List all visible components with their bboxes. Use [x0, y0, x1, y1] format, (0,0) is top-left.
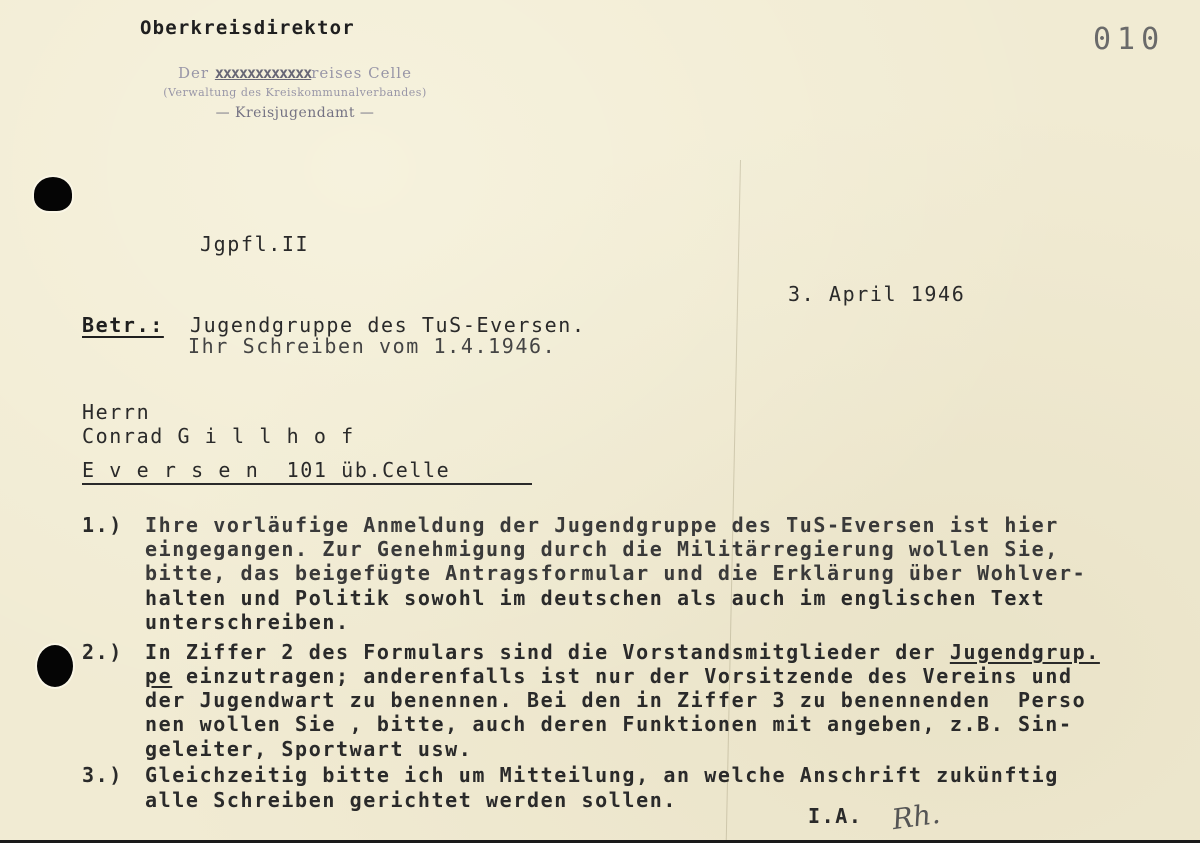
- item-line: pe einzutragen; anderenfalls ist nur der…: [145, 664, 1073, 688]
- underlined-word: pe: [145, 664, 172, 688]
- item-number: 2.): [82, 640, 123, 664]
- paper-fold: [726, 160, 741, 843]
- stamp-prefix: Der: [178, 64, 215, 82]
- item-text: einzutragen; anderenfalls ist nur der Vo…: [172, 664, 1072, 688]
- address-underline: [82, 483, 532, 485]
- item-line: unterschreiben.: [145, 610, 350, 634]
- item-line: halten und Politik sowohl im deutschen a…: [145, 586, 1045, 610]
- stamp-line-1: Der xxxxxxxxxxxxreises Celle: [125, 64, 465, 82]
- underlined-word: Jugendgrup.: [950, 640, 1100, 664]
- office-stamp: Der xxxxxxxxxxxxreises Celle (Verwaltung…: [125, 64, 465, 121]
- subject-line-2: Ihr Schreiben vom 1.4.1946.: [188, 334, 556, 358]
- item-line: Ihre vorläufige Anmeldung der Jugendgrup…: [145, 513, 1059, 537]
- punch-hole-icon: [34, 177, 72, 211]
- reference-code: Jgpfl.II: [200, 232, 309, 256]
- item-number: 1.): [82, 513, 123, 537]
- item-line: Gleichzeitig bitte ich um Mitteilung, an…: [145, 763, 1059, 787]
- signoff: I.A.: [808, 804, 863, 828]
- subject-label: Betr.:: [82, 313, 164, 337]
- item-text: In Ziffer 2 des Formulars sind die Vorst…: [145, 640, 950, 664]
- item-number: 3.): [82, 763, 123, 787]
- item-line: geleiter, Sportwart usw.: [145, 737, 472, 761]
- item-line: eingegangen. Zur Genehmigung durch die M…: [145, 537, 1059, 561]
- item-line: alle Schreiben gerichtet werden sollen.: [145, 788, 677, 812]
- item-line: der Jugendwart zu benennen. Bei den in Z…: [145, 688, 1086, 712]
- archive-page-number: 010: [1093, 22, 1165, 57]
- stamp-suffix: reises Celle: [311, 64, 412, 82]
- handwritten-signature: Rh.: [890, 797, 942, 836]
- stamp-redacted: xxxxxxxxxxxx: [215, 64, 311, 82]
- letter-date: 3. April 1946: [788, 282, 965, 306]
- item-line: bitte, das beigefügte Antragsformular un…: [145, 561, 1086, 585]
- recipient-name: Conrad G i l l h o f: [82, 424, 355, 448]
- stamp-line-2: (Verwaltung des Kreiskommunalverbandes): [125, 86, 465, 99]
- punch-hole-icon: [37, 645, 73, 687]
- authority-title: Oberkreisdirektor: [140, 16, 355, 40]
- item-line: In Ziffer 2 des Formulars sind die Vorst…: [145, 640, 1100, 664]
- recipient-salutation: Herrn: [82, 400, 150, 424]
- document-page: Oberkreisdirektor Der xxxxxxxxxxxxreises…: [0, 0, 1200, 843]
- stamp-line-3: — Kreisjugendamt —: [125, 105, 465, 121]
- item-line: nen wollen Sie , bitte, auch deren Funkt…: [145, 712, 1073, 736]
- recipient-address: E v e r s e n 101 üb.Celle: [82, 458, 450, 482]
